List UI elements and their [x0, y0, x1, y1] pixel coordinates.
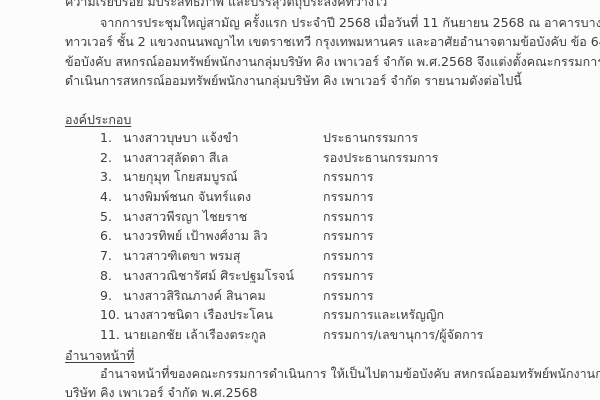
member-name: นางสาวสิริณภางค์ สินาคม [123, 288, 266, 303]
member-name: นางสาวบุษบา แจ้งขำ [123, 130, 239, 145]
member-number: 3. [100, 167, 119, 187]
member-name: นางสาวณิชารัศม์ ศิระปฐมโรจน์ [123, 268, 294, 283]
member-role: รองประธานกรรมการ [323, 148, 438, 168]
appointment-paragraph: จากการประชุมใหญ่สามัญ ครั้งแรก ประจำปี 2… [65, 13, 565, 90]
member-number: 4. [100, 187, 119, 207]
member-number: 7. [100, 246, 119, 266]
member-number: 9. [100, 286, 119, 306]
member-name: นางสาวสุลัดดา สีเล [123, 150, 228, 165]
committee-row: 4. นางพิมพ์ชนก จันทร์แดง กรรมการ [100, 187, 570, 207]
committee-row: 9. นางสาวสิริณภางค์ สินาคม กรรมการ [100, 286, 570, 306]
section-heading-duties: อำนาจหน้าที่ [65, 346, 134, 366]
committee-row: 7. นาวสาวฑิเตขา พรมสุ กรรมการ [100, 246, 570, 266]
paragraph-line: ข้อบังคับ สหกรณ์ออมทรัพย์พนักงานกลุ่มบริ… [65, 52, 565, 71]
paragraph-line: บริษัท คิง เพาเวอร์ จำกัด พ.ศ.2568 [65, 383, 575, 400]
duties-paragraph: อำนาจหน้าที่ของคณะกรรมการดำเนินการ ให้เป… [65, 364, 575, 400]
member-number: 5. [100, 207, 119, 227]
member-role: กรรมการ/เลขานุการ/ผู้จัดการ [323, 325, 483, 345]
member-name: นางสาวพีรญา ไชยราช [123, 209, 247, 224]
member-role: กรรมการ [323, 286, 374, 306]
member-role: กรรมการ [323, 226, 374, 246]
member-role: กรรมการและเหรัญญิก [323, 305, 444, 325]
committee-row: 6. นางวรทิพย์ เป้าพงศ์งาม ลิว กรรมการ [100, 226, 570, 246]
committee-row: 11. นายเอกชัย เล้าเรืองตระกูล กรรมการ/เล… [100, 325, 570, 345]
committee-row: 2. นางสาวสุลัดดา สีเล รองประธานกรรมการ [100, 148, 570, 168]
member-role: กรรมการ [323, 167, 374, 187]
member-number: 11. [100, 325, 120, 345]
member-role: กรรมการ [323, 246, 374, 266]
member-name: นางวรทิพย์ เป้าพงศ์งาม ลิว [123, 228, 268, 243]
committee-row: 5. นางสาวพีรญา ไชยราช กรรมการ [100, 207, 570, 227]
paragraph-line: ดำเนินการสหกรณ์ออมทรัพย์พนักงานกลุ่มบริษ… [65, 71, 565, 90]
member-name: นางพิมพ์ชนก จันทร์แดง [123, 189, 251, 204]
member-name: นายเอกชัย เล้าเรืองตระกูล [124, 327, 266, 342]
member-role: ประธานกรรมการ [323, 128, 418, 148]
section-heading-composition: องค์ประกอบ [65, 110, 131, 130]
document-page: ความเรียบร้อย มีประสิทธิภาพ และบรรลุวัตถ… [0, 0, 600, 400]
member-name: นาวสาวฑิเตขา พรมสุ [123, 248, 240, 263]
member-role: กรรมการ [323, 187, 374, 207]
member-number: 1. [100, 128, 119, 148]
paragraph-line: ทาวเวอร์ ชั้น 2 แขวงถนนพญาไท เขตราชเทวี … [65, 32, 565, 51]
member-number: 6. [100, 226, 119, 246]
intro-partial-line: ความเรียบร้อย มีประสิทธิภาพ และบรรลุวัตถ… [65, 0, 387, 11]
committee-member-list: 1. นางสาวบุษบา แจ้งขำ ประธานกรรมการ 2. น… [100, 128, 570, 345]
committee-row: 3. นายกุมุท โกยสมบูรณ์ กรรมการ [100, 167, 570, 187]
member-role: กรรมการ [323, 266, 374, 286]
member-name: นายกุมุท โกยสมบูรณ์ [123, 169, 238, 184]
member-name: นางสาวชนิดา เรืองประโคน [124, 307, 273, 322]
committee-row: 1. นางสาวบุษบา แจ้งขำ ประธานกรรมการ [100, 128, 570, 148]
paragraph-line: จากการประชุมใหญ่สามัญ ครั้งแรก ประจำปี 2… [65, 13, 565, 32]
paragraph-line: อำนาจหน้าที่ของคณะกรรมการดำเนินการ ให้เป… [65, 364, 575, 383]
member-number: 10. [100, 305, 120, 325]
member-number: 8. [100, 266, 119, 286]
member-number: 2. [100, 148, 119, 168]
committee-row: 8. นางสาวณิชารัศม์ ศิระปฐมโรจน์ กรรมการ [100, 266, 570, 286]
committee-row: 10. นางสาวชนิดา เรืองประโคน กรรมการและเห… [100, 305, 570, 325]
member-role: กรรมการ [323, 207, 374, 227]
